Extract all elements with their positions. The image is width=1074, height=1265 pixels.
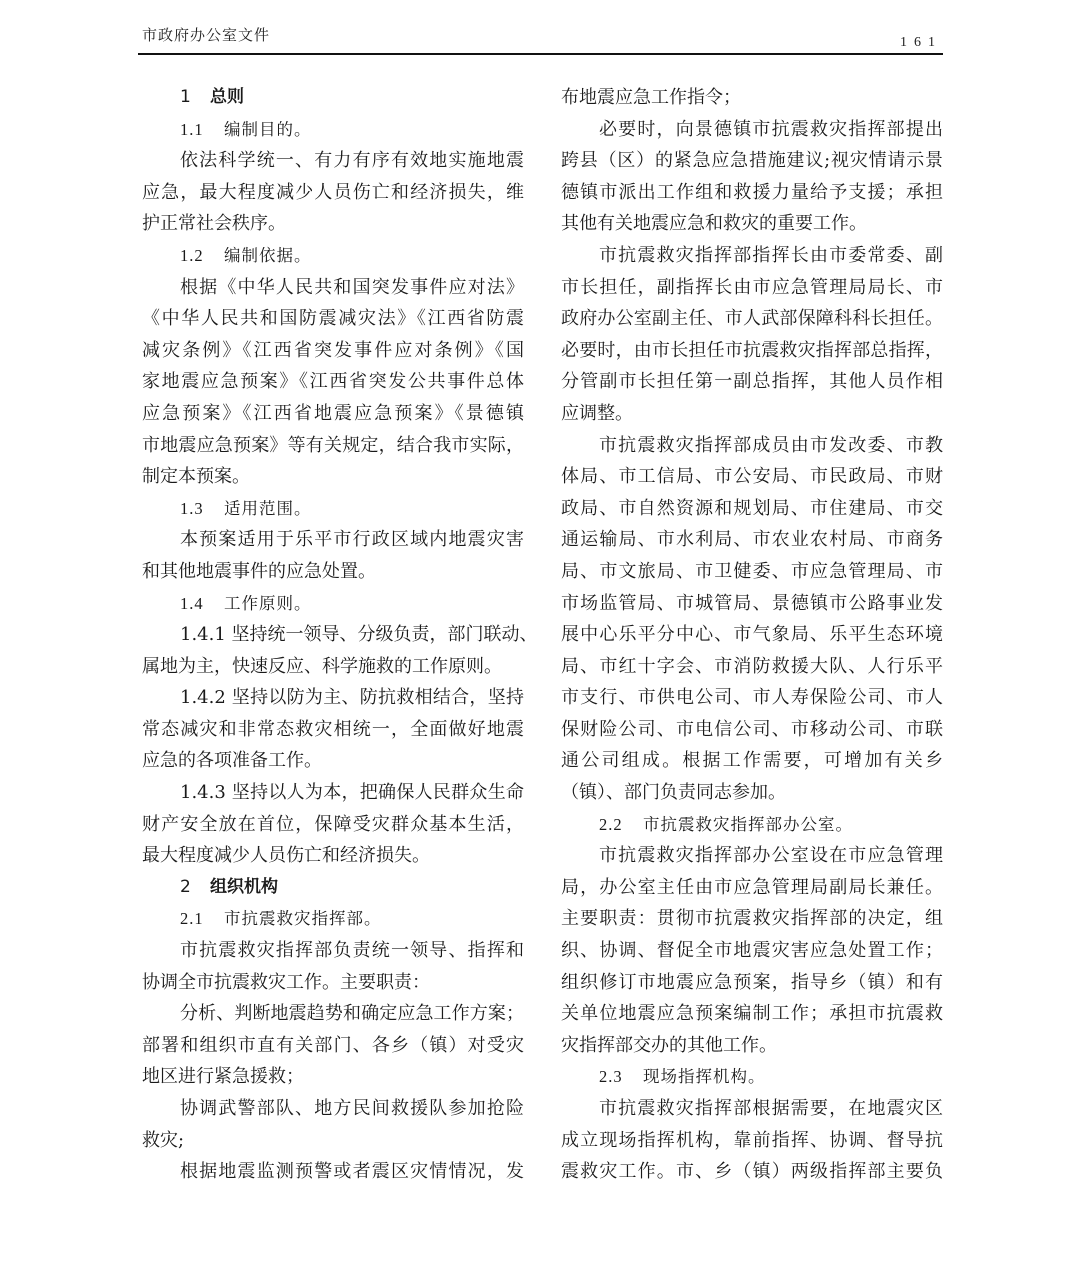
paragraph-line: 《中华人民共和国防震减灾法》《江西省防震 <box>142 303 524 335</box>
paragraph-line: 组织修订市地震应急预案，指导乡（镇）和有 <box>561 967 943 999</box>
paragraph-line: 政局、市自然资源和规划局、市住建局、市交 <box>561 493 943 525</box>
paragraph-line: 震救灾工作。市、乡（镇）两级指挥部主要负 <box>561 1156 943 1188</box>
paragraph-line: 市抗震救灾指挥部成员由市发改委、市教 <box>561 430 943 462</box>
paragraph-line: 部署和组织市直有关部门、各乡（镇）对受灾 <box>142 1030 524 1062</box>
paragraph-line: 德镇市派出工作组和救援力量给予支援；承担 <box>561 177 943 209</box>
paragraph-line: 市场监管局、市城管局、景德镇市公路事业发 <box>561 588 943 620</box>
document-source-title: 市政府办公室文件 <box>142 24 270 45</box>
paragraph-line: 成立现场指挥机构，靠前指挥、协调、督导抗 <box>561 1125 943 1157</box>
page-header: 市政府办公室文件 161 <box>142 24 942 54</box>
paragraph-line: 市抗震救灾指挥部根据需要，在地震灾区 <box>561 1093 943 1125</box>
paragraph-line: 协调武警部队、地方民间救援队参加抢险 <box>142 1093 524 1125</box>
paragraph-line: 制定本预案。 <box>142 461 524 493</box>
section-number: 2.1 <box>180 903 210 935</box>
paragraph-line: 常态减灾和非常态救灾相统一，全面做好地震 <box>142 714 524 746</box>
paragraph-line: 局，办公室主任由市应急管理局副局长兼任。 <box>561 872 943 904</box>
section-number: 1 <box>180 82 196 114</box>
subsection-heading: 2.1市抗震救灾指挥部。 <box>142 903 524 935</box>
left-column: 1总则1.1编制目的。依法科学统一、有力有序有效地实施地震应急，最大程度减少人员… <box>142 82 524 1188</box>
subsection-heading: 2.2市抗震救灾指挥部办公室。 <box>561 809 943 841</box>
paragraph-line: 分析、判断地震趋势和确定应急工作方案； <box>142 998 524 1030</box>
paragraph-line: 体局、市工信局、市公安局、市民政局、市财 <box>561 461 943 493</box>
paragraph-line: 减灾条例》《江西省突发事件应对条例》《国 <box>142 335 524 367</box>
paragraph-line: 协调全市抗震救灾工作。主要职责： <box>142 967 524 999</box>
paragraph-line: 分管副市长担任第一副总指挥，其他人员作相 <box>561 366 943 398</box>
paragraph-line: 局、市红十字会、市消防救援大队、人行乐平 <box>561 651 943 683</box>
paragraph-line: 应急的各项准备工作。 <box>142 745 524 777</box>
subsection-heading: 1.3适用范围。 <box>142 493 524 525</box>
paragraph-line: 护正常社会秩序。 <box>142 208 524 240</box>
section-number: 2.3 <box>599 1061 629 1093</box>
section-title: 总则 <box>210 87 244 107</box>
paragraph-line: 展中心乐平分中心、市气象局、乐平生态环境 <box>561 619 943 651</box>
paragraph-line: （镇）、部门负责同志参加。 <box>561 777 943 809</box>
page-number: 161 <box>900 35 942 51</box>
subsection-heading: 1.4工作原则。 <box>142 588 524 620</box>
section-number: 2 <box>180 872 196 904</box>
paragraph-line: 本预案适用于乐平市行政区域内地震灾害 <box>142 524 524 556</box>
section-number: 1.2 <box>180 240 210 272</box>
section-title: 编制依据。 <box>224 246 312 265</box>
paragraph-line: 应调整。 <box>561 398 943 430</box>
section-title: 组织机构 <box>210 877 278 897</box>
section-number: 1.4 <box>180 588 210 620</box>
paragraph-line: 市支行、市供电公司、市人寿保险公司、市人 <box>561 682 943 714</box>
paragraph-line: 1.4.2 坚持以防为主、防抗救相结合，坚持 <box>142 682 524 714</box>
subsection-heading: 2.3现场指挥机构。 <box>561 1061 943 1093</box>
paragraph-line: 主要职责：贯彻市抗震救灾指挥部的决定，组 <box>561 903 943 935</box>
section-number: 1.1 <box>180 114 210 146</box>
subsection-heading: 1.1编制目的。 <box>142 114 524 146</box>
section-title: 适用范围。 <box>224 499 312 518</box>
section-heading: 1总则 <box>142 82 524 114</box>
paragraph-line: 通公司组成。根据工作需要，可增加有关乡 <box>561 745 943 777</box>
paragraph-line: 和其他地震事件的应急处置。 <box>142 556 524 588</box>
paragraph-line: 救灾; <box>142 1125 524 1157</box>
paragraph-line: 市长担任，副指挥长由市应急管理局局长、市 <box>561 272 943 304</box>
paragraph-line: 属地为主，快速反应、科学施救的工作原则。 <box>142 651 524 683</box>
paragraph-line: 财产安全放在首位，保障受灾群众基本生活， <box>142 809 524 841</box>
paragraph-line: 必要时，由市长担任市抗震救灾指挥部总指挥， <box>561 335 943 367</box>
paragraph-line: 应急，最大程度减少人员伤亡和经济损失，维 <box>142 177 524 209</box>
paragraph-line: 政府办公室副主任、市人武部保障科科长担任。 <box>561 303 943 335</box>
paragraph-line: 依法科学统一、有力有序有效地实施地震 <box>142 145 524 177</box>
paragraph-line: 保财险公司、市电信公司、市移动公司、市联 <box>561 714 943 746</box>
section-number: 2.2 <box>599 809 629 841</box>
section-title: 编制目的。 <box>224 120 312 139</box>
paragraph-line: 织、协调、督促全市地震灾害应急处置工作； <box>561 935 943 967</box>
paragraph-line: 市抗震救灾指挥部负责统一领导、指挥和 <box>142 935 524 967</box>
paragraph-line: 1.4.1 坚持统一领导、分级负责，部门联动、 <box>142 619 524 651</box>
subsection-heading: 1.2编制依据。 <box>142 240 524 272</box>
paragraph-line: 局、市文旅局、市卫健委、市应急管理局、市 <box>561 556 943 588</box>
paragraph-line: 市地震应急预案》等有关规定，结合我市实际， <box>142 430 524 462</box>
section-number: 1.3 <box>180 493 210 525</box>
paragraph-line: 地区进行紧急援救； <box>142 1061 524 1093</box>
paragraph-line: 家地震应急预案》《江西省突发公共事件总体 <box>142 366 524 398</box>
paragraph-line: 其他有关地震应急和救灾的重要工作。 <box>561 208 943 240</box>
section-heading: 2组织机构 <box>142 872 524 904</box>
paragraph-line: 灾指挥部交办的其他工作。 <box>561 1030 943 1062</box>
paragraph-line: 通运输局、市水利局、市农业农村局、市商务 <box>561 524 943 556</box>
paragraph-line: 应急预案》《江西省地震应急预案》《景德镇 <box>142 398 524 430</box>
paragraph-line: 市抗震救灾指挥部指挥长由市委常委、副 <box>561 240 943 272</box>
header-divider <box>138 53 943 55</box>
paragraph-line: 最大程度减少人员伤亡和经济损失。 <box>142 840 524 872</box>
section-title: 现场指挥机构。 <box>643 1067 766 1086</box>
section-title: 工作原则。 <box>224 594 312 613</box>
paragraph-line: 跨县（区）的紧急应急措施建议;视灾情请示景 <box>561 145 943 177</box>
paragraph-line: 市抗震救灾指挥部办公室设在市应急管理 <box>561 840 943 872</box>
section-title: 市抗震救灾指挥部办公室。 <box>643 815 853 834</box>
paragraph-line: 根据《中华人民共和国突发事件应对法》 <box>142 272 524 304</box>
section-title: 市抗震救灾指挥部。 <box>224 909 382 928</box>
paragraph-line: 关单位地震应急预案编制工作；承担市抗震救 <box>561 998 943 1030</box>
paragraph-line: 1.4.3 坚持以人为本，把确保人民群众生命 <box>142 777 524 809</box>
paragraph-line: 必要时，向景德镇市抗震救灾指挥部提出 <box>561 114 943 146</box>
paragraph-line: 根据地震监测预警或者震区灾情情况，发 <box>142 1156 524 1188</box>
paragraph-line: 布地震应急工作指令； <box>561 82 943 114</box>
right-column: 布地震应急工作指令；必要时，向景德镇市抗震救灾指挥部提出跨县（区）的紧急应急措施… <box>561 82 943 1188</box>
